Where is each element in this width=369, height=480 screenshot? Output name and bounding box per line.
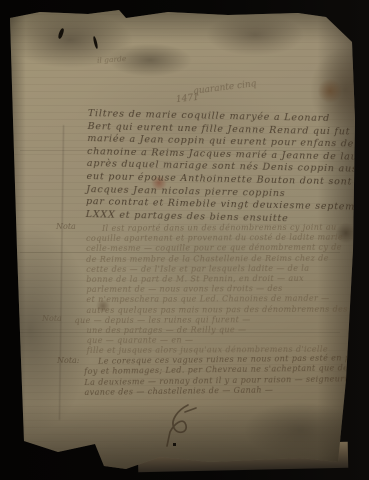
vertical-fold-crease	[59, 125, 64, 420]
faded-paragraph: Il est raporté dans un des dénombremens …	[86, 223, 348, 357]
margin-note: Nota:	[57, 356, 80, 365]
brown-stain	[318, 78, 342, 104]
ink-blot	[92, 36, 98, 49]
year-note: 1471	[176, 93, 200, 105]
scan-viewport: il garde quarante cinq 1471 Tiltres de m…	[0, 0, 369, 480]
margin-note: Nota	[56, 222, 76, 231]
paraph-mark	[158, 402, 200, 450]
ink-blot	[57, 28, 64, 40]
keeper-note: il garde	[97, 54, 127, 65]
margin-note: Nota	[42, 314, 62, 323]
manuscript-sheet: il garde quarante cinq 1471 Tiltres de m…	[0, 0, 369, 480]
date-words-note: quarante cinq	[193, 79, 257, 97]
bottom-paragraph: Le coresque ces vagues ruines ne nous on…	[84, 353, 369, 399]
main-paragraph: Tiltres de marie coquille maryée a Leona…	[86, 108, 369, 229]
